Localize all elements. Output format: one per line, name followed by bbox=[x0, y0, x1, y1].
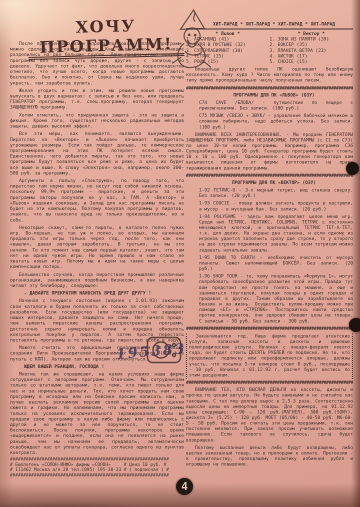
catalog-entry: 1-93 COOCIE - повар должен загнать проду… bbox=[186, 201, 353, 212]
catalog-entry: 1-92 ТЕТРИС-О - 3-х мерный тетрис, вид с… bbox=[186, 188, 353, 199]
paragraph: Некоторые скажут, сами-то пираты, в ката… bbox=[10, 225, 184, 270]
paragraph: Владельцы других типов ПК оценивают безо… bbox=[186, 67, 353, 84]
ink-blot bbox=[349, 318, 360, 332]
paragraph: Многие так же спрашивают, на каких услов… bbox=[10, 372, 184, 455]
catalog-entry: 1-96 SHOP TOUR - те, кому понравилась «Ф… bbox=[186, 274, 353, 324]
subscription-box: Заканчивается год. Наша фирма предлагает… bbox=[186, 333, 353, 379]
hit-parade-header: ХИТ-ПАРАД * ХИТ-ПАРАД * ХИТ-ПАРАД * ХИТ-… bbox=[186, 22, 353, 30]
section-heading-lvov: ПРОГРАММЫ ДЛЯ ПК «ЛЬВОВ» (ОЗУ) bbox=[186, 93, 353, 99]
paragraph: ВНИМАНИЕ ТЕХ, КТО ВЫСЛАЛ ДЕНЬГИ на кассе… bbox=[186, 388, 353, 444]
paragraph: ВНИМАНИЕ ВСЕХ ЗАИНТЕРЕСОВАННЫХ. - Мы про… bbox=[186, 132, 353, 171]
ink-blot bbox=[346, 162, 359, 175]
hit-parade-vektor: * Вектор * 1. ЗОНА ИЗ ПАМЯТИ (39) 2. БОК… bbox=[270, 32, 354, 65]
divider-rule: ########################################… bbox=[186, 173, 353, 179]
hit-parade-item: 5. CHOICE (15) bbox=[270, 59, 354, 65]
catalog-entry: С75 МУЗЫК /СВЕЗО + ЗВУК/ - управление ба… bbox=[186, 114, 353, 131]
left-column: После проведенного нами опроса по поводу… bbox=[10, 41, 184, 455]
hit-parade-lists: * Львов * 1. АРКАНОИД (41) 2. БУРЯ В ПУС… bbox=[186, 32, 353, 65]
paragraph: Большинство случаев, когда пиратством пр… bbox=[10, 272, 184, 289]
slogan-line: ЖДЕМ ВАШЕЙ РЕАКЦИИ, ГОСПОДА ! bbox=[10, 364, 184, 370]
section-heading-vektor: ПРОГРАММЫ ДЛЯ ПК «ВЕКТОР» (ОЗУ) bbox=[186, 180, 353, 186]
footer-border: ########################################… bbox=[10, 473, 186, 478]
divider-rule: ########################################… bbox=[186, 381, 353, 387]
paragraph: Аргументы в пользу «Спектрума», по повод… bbox=[10, 178, 184, 223]
paragraph: Все эти меры, как понимаете, являются вы… bbox=[10, 131, 184, 176]
footer-border: ########################################… bbox=[10, 457, 186, 462]
paragraph: Хотим отметить, что придуманная защита -… bbox=[10, 112, 184, 129]
paragraph: Заканчивается год. Наша фирма предлагает… bbox=[189, 334, 350, 379]
catalog-entry: 1-94 POLYGAME - здесь вам предлагают цел… bbox=[186, 214, 353, 253]
divider-rule: ########################################… bbox=[186, 326, 353, 332]
paragraph: После проведенного нами опроса по поводу… bbox=[10, 41, 184, 86]
paragraph: Поэтому высланные деньги либо будут возв… bbox=[186, 445, 353, 467]
divider-rule: ########################################… bbox=[186, 86, 353, 92]
catalog-entry: С74 CAVE /БЛОВА/ - путешествие по пещере… bbox=[186, 100, 353, 111]
page-number-badge: 4 bbox=[176, 478, 193, 495]
catalog-entry: 1-95 DOWN TO EARTH - необходимо очистить… bbox=[186, 255, 353, 272]
hit-parade-lvov: * Львов * 1. АРКАНОИД (41) 2. БУРЯ В ПУС… bbox=[186, 32, 270, 65]
slogan-line: - ДАВАЙТЕ ПРЕКРАТИМ НАНОСИТЬ ВРЕД ДРУГ Д… bbox=[10, 291, 184, 297]
right-column: ХИТ-ПАРАД * ХИТ-ПАРАД * ХИТ-ПАРАД * ХИТ-… bbox=[186, 22, 353, 469]
paragraph: Желая угодить и тем и этим, мы решили но… bbox=[10, 88, 184, 110]
hit-parade-item: 5. POOL (15) bbox=[186, 59, 270, 65]
footer-imprint: ########################################… bbox=[10, 457, 186, 483]
scanned-newsletter-page: ХОЧУ ПРОГРАММ! После проведенного нами о… bbox=[0, 0, 360, 507]
